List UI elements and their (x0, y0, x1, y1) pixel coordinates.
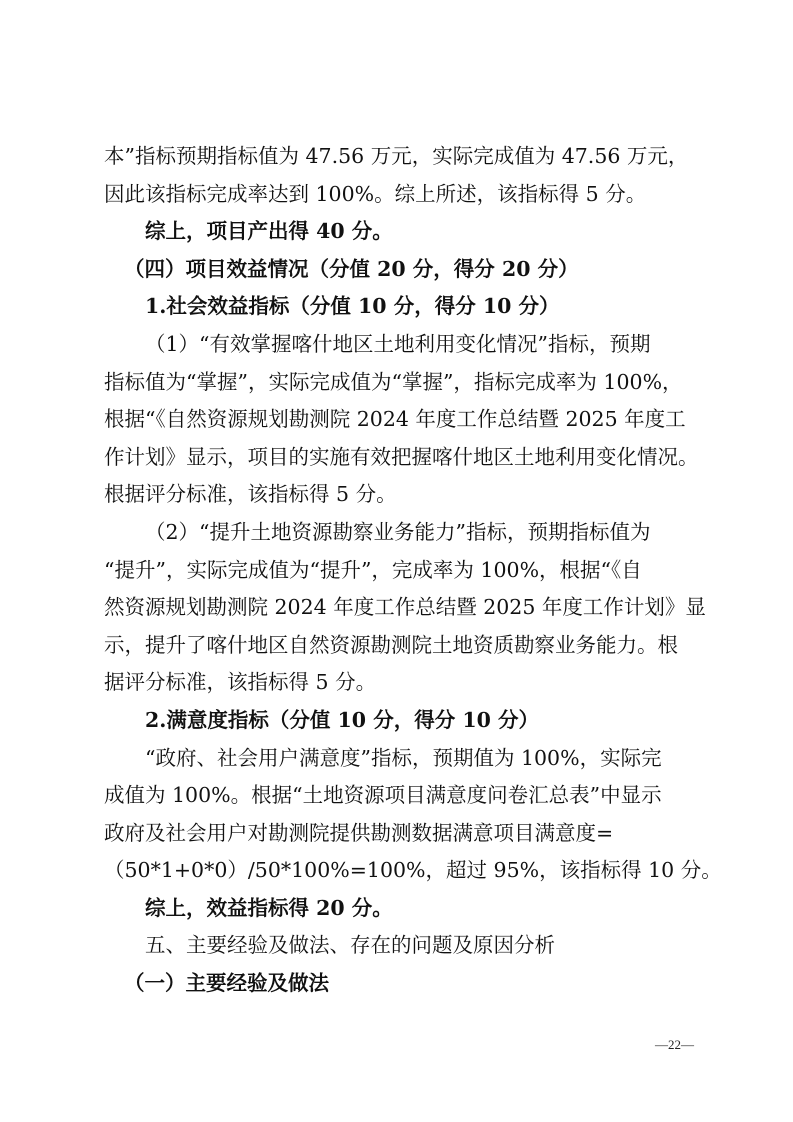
subheading-satisfaction: 2.满意度指标（分值 10 分，得分 10 分） (104, 702, 692, 740)
summary-output-score: 综上，项目产出得 40 分。 (104, 213, 692, 251)
text-line: “政府、社会用户满意度”指标，预期值为 100%，实际完 (104, 740, 692, 778)
text-line: 示，提升了喀什地区自然资源勘测院土地资质勘察业务能力。根 (104, 627, 692, 665)
text-line: 根据评分标准，该指标得 5 分。 (104, 476, 692, 514)
text-line: 2.满意度指标（分值 10 分，得分 10 分） (104, 702, 692, 740)
text-line: （2）“提升土地资源勘察业务能力”指标，预期指标值为 (104, 514, 692, 552)
paragraph-indicator-1: （1）“有效掌握喀什地区土地利用变化情况”指标，预期 指标值为“掌握”，实际完成… (104, 326, 692, 514)
text-line: 根据“《自然资源规划勘测院 2024 年度工作总结暨 2025 年度工 (104, 401, 692, 439)
text-line: “提升”，实际完成值为“提升”，完成率为 100%，根据“《自 (104, 552, 692, 590)
paragraph-satisfaction: “政府、社会用户满意度”指标，预期值为 100%，实际完 成值为 100%。根据… (104, 740, 692, 890)
text-line: 因此该指标完成率达到 100%。综上所述，该指标得 5 分。 (104, 176, 692, 214)
text-line: （1）“有效掌握喀什地区土地利用变化情况”指标，预期 (104, 326, 692, 364)
subheading-social-benefit: 1.社会效益指标（分值 10 分，得分 10 分） (104, 288, 692, 326)
text-line: 1.社会效益指标（分值 10 分，得分 10 分） (104, 288, 692, 326)
summary-benefit-score: 综上，效益指标得 20 分。 (104, 890, 692, 928)
text-line: （四）项目效益情况（分值 20 分，得分 20 分） (104, 251, 692, 289)
paragraph-indicator-cost: 本”指标预期指标值为 47.56 万元，实际完成值为 47.56 万元， 因此该… (104, 138, 692, 213)
text-line: 成值为 100%。根据“土地资源项目满意度问卷汇总表”中显示 (104, 777, 692, 815)
document-page: 本”指标预期指标值为 47.56 万元，实际完成值为 47.56 万元， 因此该… (104, 138, 692, 1003)
text-line: 作计划》显示，项目的实施有效把握喀什地区土地利用变化情况。 (104, 439, 692, 477)
subheading-main-experience: （一）主要经验及做法 (104, 965, 692, 1003)
text-line: （50*1+0*0）/50*100%=100%，超过 95%，该指标得 10 分… (104, 852, 692, 890)
paragraph-indicator-2: （2）“提升土地资源勘察业务能力”指标，预期指标值为 “提升”，实际完成值为“提… (104, 514, 692, 702)
text-line: 综上，项目产出得 40 分。 (104, 213, 692, 251)
text-line: 综上，效益指标得 20 分。 (104, 890, 692, 928)
text-line: 指标值为“掌握”，实际完成值为“掌握”，指标完成率为 100%， (104, 364, 692, 402)
text-line: 本”指标预期指标值为 47.56 万元，实际完成值为 47.56 万元， (104, 138, 692, 176)
section-heading-benefits: （四）项目效益情况（分值 20 分，得分 20 分） (104, 251, 692, 289)
text-line: 五、主要经验及做法、存在的问题及原因分析 (104, 927, 692, 965)
page-number: —22— (655, 1037, 694, 1053)
text-line: 然资源规划勘测院 2024 年度工作总结暨 2025 年度工作计划》显 (104, 589, 692, 627)
section-heading-experience: 五、主要经验及做法、存在的问题及原因分析 (104, 927, 692, 965)
text-line: 据评分标准，该指标得 5 分。 (104, 664, 692, 702)
text-line: （一）主要经验及做法 (104, 965, 692, 1003)
text-line: 政府及社会用户对勘测院提供勘测数据满意项目满意度= (104, 815, 692, 853)
